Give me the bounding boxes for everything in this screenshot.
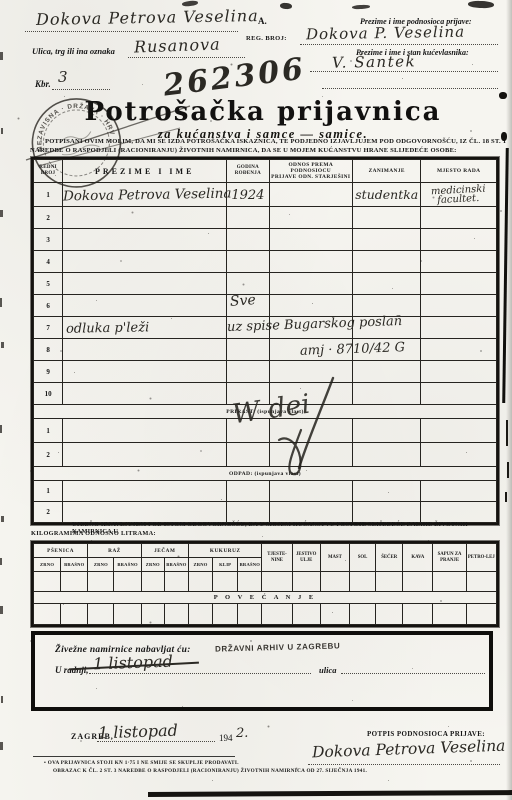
applicant-dotted-line	[300, 44, 498, 45]
header-raz: RAŽ	[88, 544, 141, 558]
scan-artifact-dash	[505, 492, 507, 502]
shop-box: Živežne namirnice nabavljat ću: DRŽAVNI …	[31, 631, 493, 711]
header-redni-broj: REDNIBROJ	[34, 160, 63, 183]
cell-occupation: studentka	[353, 183, 421, 207]
form-title: Potrošačka prijavnica	[33, 97, 493, 127]
header-jestivo-ulje: JESTIVO ULJE	[292, 544, 320, 572]
header-zanimanje: ZANIMANJE	[353, 160, 421, 183]
street-dotted-line	[128, 57, 245, 58]
street-handwriting: Rusanova	[134, 34, 221, 56]
u-radnji-dotted-line	[89, 673, 311, 674]
header-psenica: PŠENICA	[34, 544, 88, 558]
header-odnos: ODNOS PREMA PODNOSIOCUPRIJAVE ODN. STARJ…	[269, 160, 353, 183]
scanned-form-page: Dokova Petrova Veselina A. REG. BROJ: Pr…	[0, 0, 512, 800]
section-a-label: A.	[258, 16, 267, 26]
date-handwriting: 1 listopad	[98, 721, 178, 743]
scan-smudge	[182, 0, 198, 7]
reg-broj-label: REG. BROJ:	[246, 35, 287, 42]
table-row: 3	[34, 229, 497, 251]
table-row: 8	[34, 339, 497, 361]
supplies-empty-row	[34, 572, 497, 592]
ulica-dotted-line	[341, 673, 485, 674]
povecanje-band: P O V E Ć A N J E	[34, 592, 497, 604]
scan-artifact-dash	[506, 420, 508, 446]
header-sol: SOL	[349, 544, 375, 572]
table-row: 2	[34, 207, 497, 229]
intro-line-1: POTPISANI OVIM MOLIM, DA MI SE IZDA POTR…	[45, 138, 510, 145]
scan-bottom-band	[148, 790, 512, 797]
kbr-handwriting: 3	[58, 68, 68, 86]
form-title-block: Potrošačka prijavnica za kućanstva i sam…	[33, 97, 493, 142]
crossed-out-handwriting: 1 listopad	[93, 652, 173, 674]
street-label: Ulica, trg ili ina oznaka	[32, 46, 115, 56]
footer-note-1: • OVA PRIJAVNICA STOJI KN 1·75 I NE SMIJ…	[44, 760, 239, 766]
kbr-label: Kbr.	[35, 79, 51, 89]
scan-artifact-dash	[507, 462, 509, 478]
table-row: 6	[34, 295, 497, 317]
header-kukuruz: KUKURUZ	[188, 544, 261, 558]
table-row: 2	[34, 502, 497, 523]
table-row: 1 Dokova Petrova Veselina 1924 studentka…	[34, 183, 497, 207]
header-petrolej: PETRO-LEJ	[466, 544, 496, 572]
scan-smudge	[501, 132, 507, 141]
year-printed: 194	[219, 733, 233, 743]
signature-dotted-line	[308, 764, 500, 765]
cell-year: 1924	[227, 183, 269, 207]
scan-smudge	[468, 1, 494, 9]
ulica-label: ulica	[319, 665, 336, 675]
archive-stamp-text: DRŽAVNI ARHIV U ZAGREBU	[215, 641, 341, 653]
table-row: 5	[34, 273, 497, 295]
row7-handwriting-left: odluka p'leži	[66, 320, 149, 336]
supplies-group-header-row: PŠENICA RAŽ JEČAM KUKURUZ TJESTE-NINE JE…	[34, 544, 497, 558]
supplies-empty-row	[34, 604, 497, 625]
scan-edge-tick	[0, 742, 3, 750]
header-secer: ŠEĆER	[376, 544, 403, 572]
scan-edge-tick	[0, 210, 3, 217]
supplies-intro-line-2: KILOGRAMIMA ODNOSNO LITRAMA:	[31, 530, 331, 537]
header-sapun: SAPUN ZA PRANJE	[433, 544, 466, 572]
empty-dotted-line	[322, 88, 498, 89]
houseowner-handwriting: V. Šantek	[332, 52, 416, 71]
header-kava: KAVA	[403, 544, 433, 572]
scan-edge-tick	[0, 558, 2, 565]
supplies-table: PŠENICA RAŽ JEČAM KUKURUZ TJESTE-NINE JE…	[33, 543, 497, 625]
scan-noise-layer-2	[0, 0, 2, 2]
scan-edge-tick	[0, 298, 2, 307]
header-godina-rodjenja: GODINAROĐENJA	[227, 160, 269, 183]
table-row: 4	[34, 251, 497, 273]
row6-handwriting: Sve	[229, 292, 256, 310]
scan-edge-tick	[0, 425, 2, 433]
applicant-handwriting: Dokova P. Veselina	[306, 23, 465, 44]
scan-edge-tick	[0, 52, 3, 60]
intro-line-2: NAREDBE O RASPODJELI (RACIONIRANJU) ŽIVO…	[30, 147, 470, 154]
footer-rule	[33, 756, 235, 757]
scan-edge-tick	[1, 128, 3, 134]
signature-label: POTPIS PODNOSIOCA PRIJAVE:	[367, 730, 485, 738]
scan-smudge	[280, 3, 292, 10]
scan-edge-tick	[1, 696, 3, 703]
signature-handwriting: Dokova Petrova Veselina	[312, 737, 506, 762]
official-scribble-flourish	[255, 370, 345, 480]
supplies-table-frame: PŠENICA RAŽ JEČAM KUKURUZ TJESTE-NINE JE…	[31, 541, 499, 627]
scan-right-shadow	[506, 0, 512, 800]
scan-smudge	[352, 5, 370, 10]
name-dotted-line	[25, 31, 238, 32]
year-handwriting: 2.	[236, 726, 248, 741]
cell-workplace: medicinskifacultet.	[421, 183, 497, 207]
header-prezime-ime: PREZIME I IME	[63, 160, 227, 183]
scan-edge-tick	[1, 516, 4, 522]
footer-note-2: OBRAZAC K ČL. 2 ST. 3 NAREDBE O RASPODJE…	[53, 768, 367, 774]
scan-edge-tick	[0, 606, 3, 614]
household-name-handwriting: Dokova Petrova Veselina	[36, 6, 259, 29]
header-jecam: JEČAM	[141, 544, 188, 558]
persons-header-row: REDNIBROJ PREZIME I IME GODINAROĐENJA OD…	[34, 160, 497, 183]
scan-smudge	[499, 92, 507, 99]
header-mjesto-rada: MJESTO RADA	[421, 160, 497, 183]
cell-relation	[269, 183, 353, 207]
scan-edge-tick	[1, 342, 4, 348]
header-mast: MAST	[320, 544, 349, 572]
povecanje-label: P O V E Ć A N J E	[34, 592, 497, 604]
footer-bullet: •	[44, 760, 46, 766]
cell-name: Dokova Petrova Veselina	[63, 183, 227, 207]
table-row: 1	[34, 481, 497, 502]
header-tjestenine: TJESTE-NINE	[262, 544, 292, 572]
